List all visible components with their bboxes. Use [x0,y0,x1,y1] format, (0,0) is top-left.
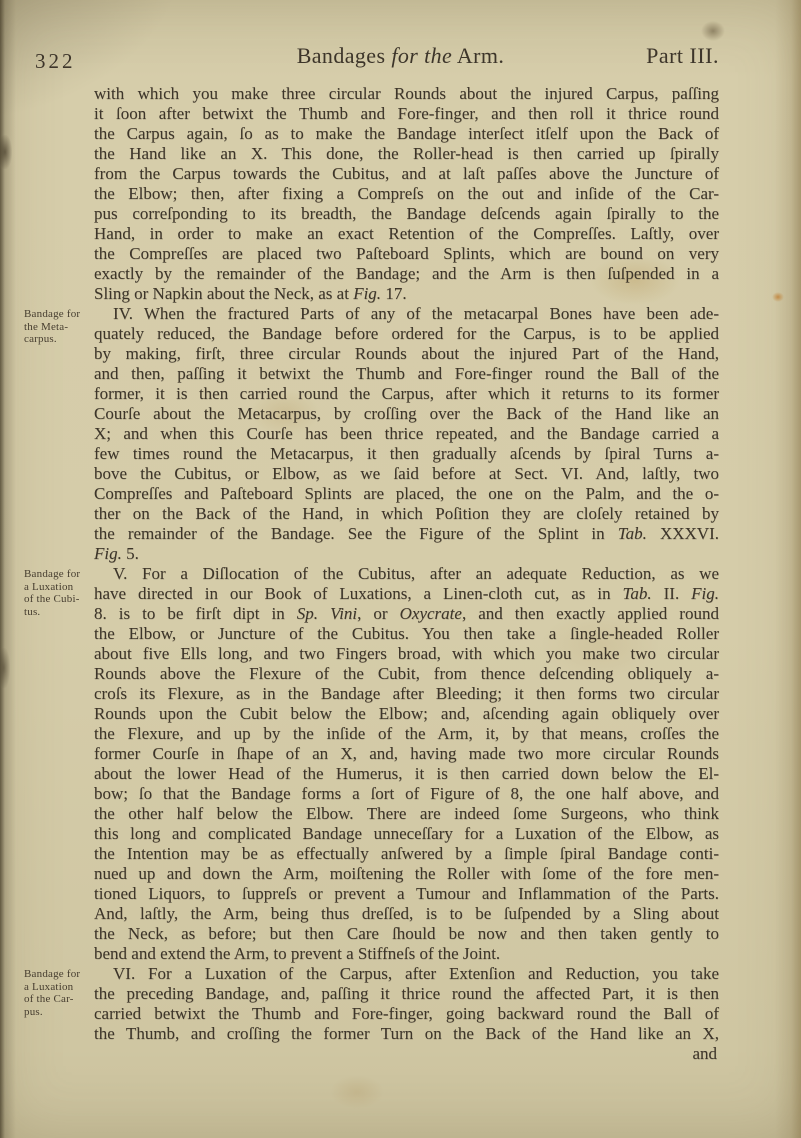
body-text: the preceding Bandage, and, paſſing it t… [94,984,719,1003]
body-text: croſs its Flexure, as in the Bandage aft… [94,684,719,703]
text-line: the remainder of the Bandage. See the Fi… [94,524,719,544]
body-text: quately reduced, the Bandage before orde… [94,324,719,343]
margin-note-line: carpus. [24,333,90,346]
margin-note-line: tus. [24,606,90,619]
text-line: this long and complicated Bandage unnece… [94,824,719,844]
text-line: bend and extend the Arm, to prevent a St… [94,944,719,964]
body-text: the Flexure, and up by the inſide of the… [94,724,719,743]
text-line: former, it is then carried round the Car… [94,384,719,404]
text-line: carried betwixt the Thumb and Fore-finge… [94,1004,719,1024]
text-line: IV. When the fractured Parts of any of t… [94,304,719,324]
paper-speck [700,20,726,42]
text-line: Hand, in order to make an exact Retentio… [94,224,719,244]
body-text: ther on the Back of the Hand, in which P… [94,504,719,523]
margin-note-line: pus. [24,1006,90,1019]
body-text: Hand, in order to make an exact Retentio… [94,224,719,243]
body-text: the Elbow, or Juncture of the Cubitus. Y… [94,624,719,643]
paragraph-v-cubitus: Bandage fora Luxationof the Cubi-tus.V. … [94,564,719,964]
text-line: the Compreſſes are placed two Paſteboard… [94,244,719,264]
body-text: this long and complicated Bandage unnece… [94,824,719,843]
text-line: VI. For a Luxation of the Carpus, after … [94,964,719,984]
body-text: and then, paſſing it betwixt the Thumb a… [94,364,719,383]
italic-text: Fig. [353,284,381,303]
body-text: the other half below the Elbow. There ar… [94,804,719,823]
catchword: and [94,1044,719,1064]
paragraph-iii-continuation: with which you make three circular Round… [94,84,719,304]
italic-text: Tab. [618,524,647,543]
text-line: from the Carpus towards the Cubitus, and… [94,164,719,184]
text-line: about the lower Head of the Humerus, it … [94,764,719,784]
margin-note-line: a Luxation [24,981,90,994]
margin-note-line: Bandage for [24,308,90,321]
body-text: the remainder of the Bandage. See the Fi… [94,524,618,543]
body-text: pus correſponding to its breadth, the Ba… [94,204,719,223]
body-text: tioned Liquors, to ſuppreſs or prevent a… [94,884,719,903]
text-line: X; and when this Courſe has been thrice … [94,424,719,444]
body-text: 8. is to be firſt dipt in [94,604,297,623]
body-text: bow; ſo that the Bandage forms a ſort of… [94,784,719,803]
margin-note-line: Bandage for [24,568,90,581]
text-line: the Elbow; then, after fixing a Compreſs… [94,184,719,204]
text-line: the Carpus again, ſo as to make the Band… [94,124,719,144]
text-line: few times round the Metacarpus, it then … [94,444,719,464]
text-line: 8. is to be firſt dipt in Sp. Vini, or O… [94,604,719,624]
body-text: , and then exactly applied round [462,604,719,623]
text-line: and then, paſſing it betwixt the Thumb a… [94,364,719,384]
body-text: about five Ells long, and two Fingers br… [94,644,719,663]
text-line: bow; ſo that the Bandage forms a ſort of… [94,784,719,804]
body-text: , or [357,604,399,623]
text-line: the Intention may be as effectually anſw… [94,844,719,864]
paper-stain [330,1075,384,1109]
body-text: the Thumb, and croſſing the former Turn … [94,1024,719,1043]
body-text: from the Carpus towards the Cubitus, and… [94,164,719,183]
text-line: Rounds upon the Cubit below the Elbow; a… [94,704,719,724]
margin-note-line: Bandage for [24,968,90,981]
text-line: former Courſe in ſhape of an X, and, hav… [94,744,719,764]
body-text: Courſe about the Metacarpus, by croſſing… [94,404,719,423]
margin-note-line: a Luxation [24,581,90,594]
text-line: exactly by the remainder of the Bandage;… [94,264,719,284]
body-text: about the lower Head of the Humerus, it … [94,764,719,783]
text-line: Fig. 5. [94,544,719,564]
text-line: Sling or Napkin about the Neck, as at Fi… [94,284,719,304]
text-line: the preceding Bandage, and, paſſing it t… [94,984,719,1004]
text-line: nued up and down the Arm, moiſtening the… [94,864,719,884]
text-line: And, laſtly, the Arm, being thus dreſſed… [94,904,719,924]
body-text: former Courſe in ſhape of an X, and, hav… [94,744,719,763]
running-title-pre: Bandages [297,43,392,68]
margin-note-line: of the Car- [24,993,90,1006]
body-text: the Intention may be as effectually anſw… [94,844,719,863]
italic-text: Fig. [691,584,719,603]
text-line: the Hand like an X. This done, the Rolle… [94,144,719,164]
body-text: former, it is then carried round the Car… [94,384,719,403]
body-text: II. [652,584,691,603]
running-title-italic: for the [391,43,452,68]
body-text: Rounds upon the Cubit below the Elbow; a… [94,704,719,723]
body-text: by making, firſt, three circular Rounds … [94,344,719,363]
body-text: 17. [381,284,407,303]
text-line: bove the Cubitus, or Elbow, as we ſaid b… [94,464,719,484]
text-line: with which you make three circular Round… [94,84,719,104]
body-text: IV. When the fractured Parts of any of t… [113,304,719,323]
body-text: the Elbow; then, after fixing a Compreſs… [94,184,719,203]
body-text: bend and extend the Arm, to prevent a St… [94,944,500,963]
margin-note-line: the Meta- [24,321,90,334]
text-line: by making, firſt, three circular Rounds … [94,344,719,364]
text-line: the Elbow, or Juncture of the Cubitus. Y… [94,624,719,644]
italic-text: Tab. [623,584,652,603]
italic-text: Oxycrate [400,604,462,623]
text-line: Rounds above the Flexure of the Cubit, f… [94,664,719,684]
text-line: the Flexure, and up by the inſide of the… [94,724,719,744]
body-text: carried betwixt the Thumb and Fore-finge… [94,1004,719,1023]
text-block: with which you make three circular Round… [94,84,719,1064]
margin-note: Bandage forthe Meta-carpus. [24,308,90,346]
paragraph-iv-metacarpus: Bandage forthe Meta-carpus.IV. When the … [94,304,719,564]
part-label: Part III. [646,43,719,69]
body-text: Sling or Napkin about the Neck, as at [94,284,353,303]
margin-note: Bandage fora Luxationof the Car-pus. [24,968,90,1018]
margin-note: Bandage fora Luxationof the Cubi-tus. [24,568,90,618]
text-line: quately reduced, the Bandage before orde… [94,324,719,344]
italic-text: Fig. [94,544,122,563]
text-line: V. For a Diſlocation of the Cubitus, aft… [94,564,719,584]
body-text: XXXVI. [647,524,719,543]
body-text: the Hand like an X. This done, the Rolle… [94,144,719,163]
body-text: few times round the Metacarpus, it then … [94,444,719,463]
body-text: 5. [122,544,139,563]
body-text: V. For a Diſlocation of the Cubitus, aft… [113,564,719,583]
body-text: Rounds above the Flexure of the Cubit, f… [94,664,719,683]
text-line: the Thumb, and croſſing the former Turn … [94,1024,719,1044]
body-text: have directed in our Book of Luxations, … [94,584,623,603]
text-line: croſs its Flexure, as in the Bandage aft… [94,684,719,704]
body-text: the Neck, as before; but then Care ſhoul… [94,924,719,943]
text-line: the Neck, as before; but then Care ſhoul… [94,924,719,944]
paragraph-vi-carpus: Bandage fora Luxationof the Car-pus.VI. … [94,964,719,1044]
text-line: Compreſſes and Paſteboard Splints are pl… [94,484,719,504]
page-edge-mark [0,135,12,169]
body-text: exactly by the remainder of the Bandage;… [94,264,719,283]
text-line: tioned Liquors, to ſuppreſs or prevent a… [94,884,719,904]
body-text: And, laſtly, the Arm, being thus dreſſed… [94,904,719,923]
body-text: the Carpus again, ſo as to make the Band… [94,124,719,143]
text-line: about five Ells long, and two Fingers br… [94,644,719,664]
text-line: the other half below the Elbow. There ar… [94,804,719,824]
page-edge-mark [0,648,10,688]
book-page: 322 Bandages for the Arm. Part III. with… [0,0,801,1138]
body-text: the Compreſſes are placed two Paſteboard… [94,244,719,263]
paper-speck [772,292,784,302]
text-line: Courſe about the Metacarpus, by croſſing… [94,404,719,424]
body-text: it ſoon after betwixt the Thumb and Fore… [94,104,719,123]
body-text: with which you make three circular Round… [94,84,719,103]
body-text: Compreſſes and Paſteboard Splints are pl… [94,484,719,503]
italic-text: Sp. Vini [297,604,357,623]
body-text: bove the Cubitus, or Elbow, as we ſaid b… [94,464,719,483]
body-text: VI. For a Luxation of the Carpus, after … [113,964,719,983]
text-line: it ſoon after betwixt the Thumb and Fore… [94,104,719,124]
text-line: ther on the Back of the Hand, in which P… [94,504,719,524]
text-line: pus correſponding to its breadth, the Ba… [94,204,719,224]
body-text: X; and when this Courſe has been thrice … [94,424,719,443]
running-title-post: Arm. [452,43,504,68]
body-text: nued up and down the Arm, moiſtening the… [94,864,719,883]
text-line: have directed in our Book of Luxations, … [94,584,719,604]
margin-note-line: of the Cubi- [24,593,90,606]
